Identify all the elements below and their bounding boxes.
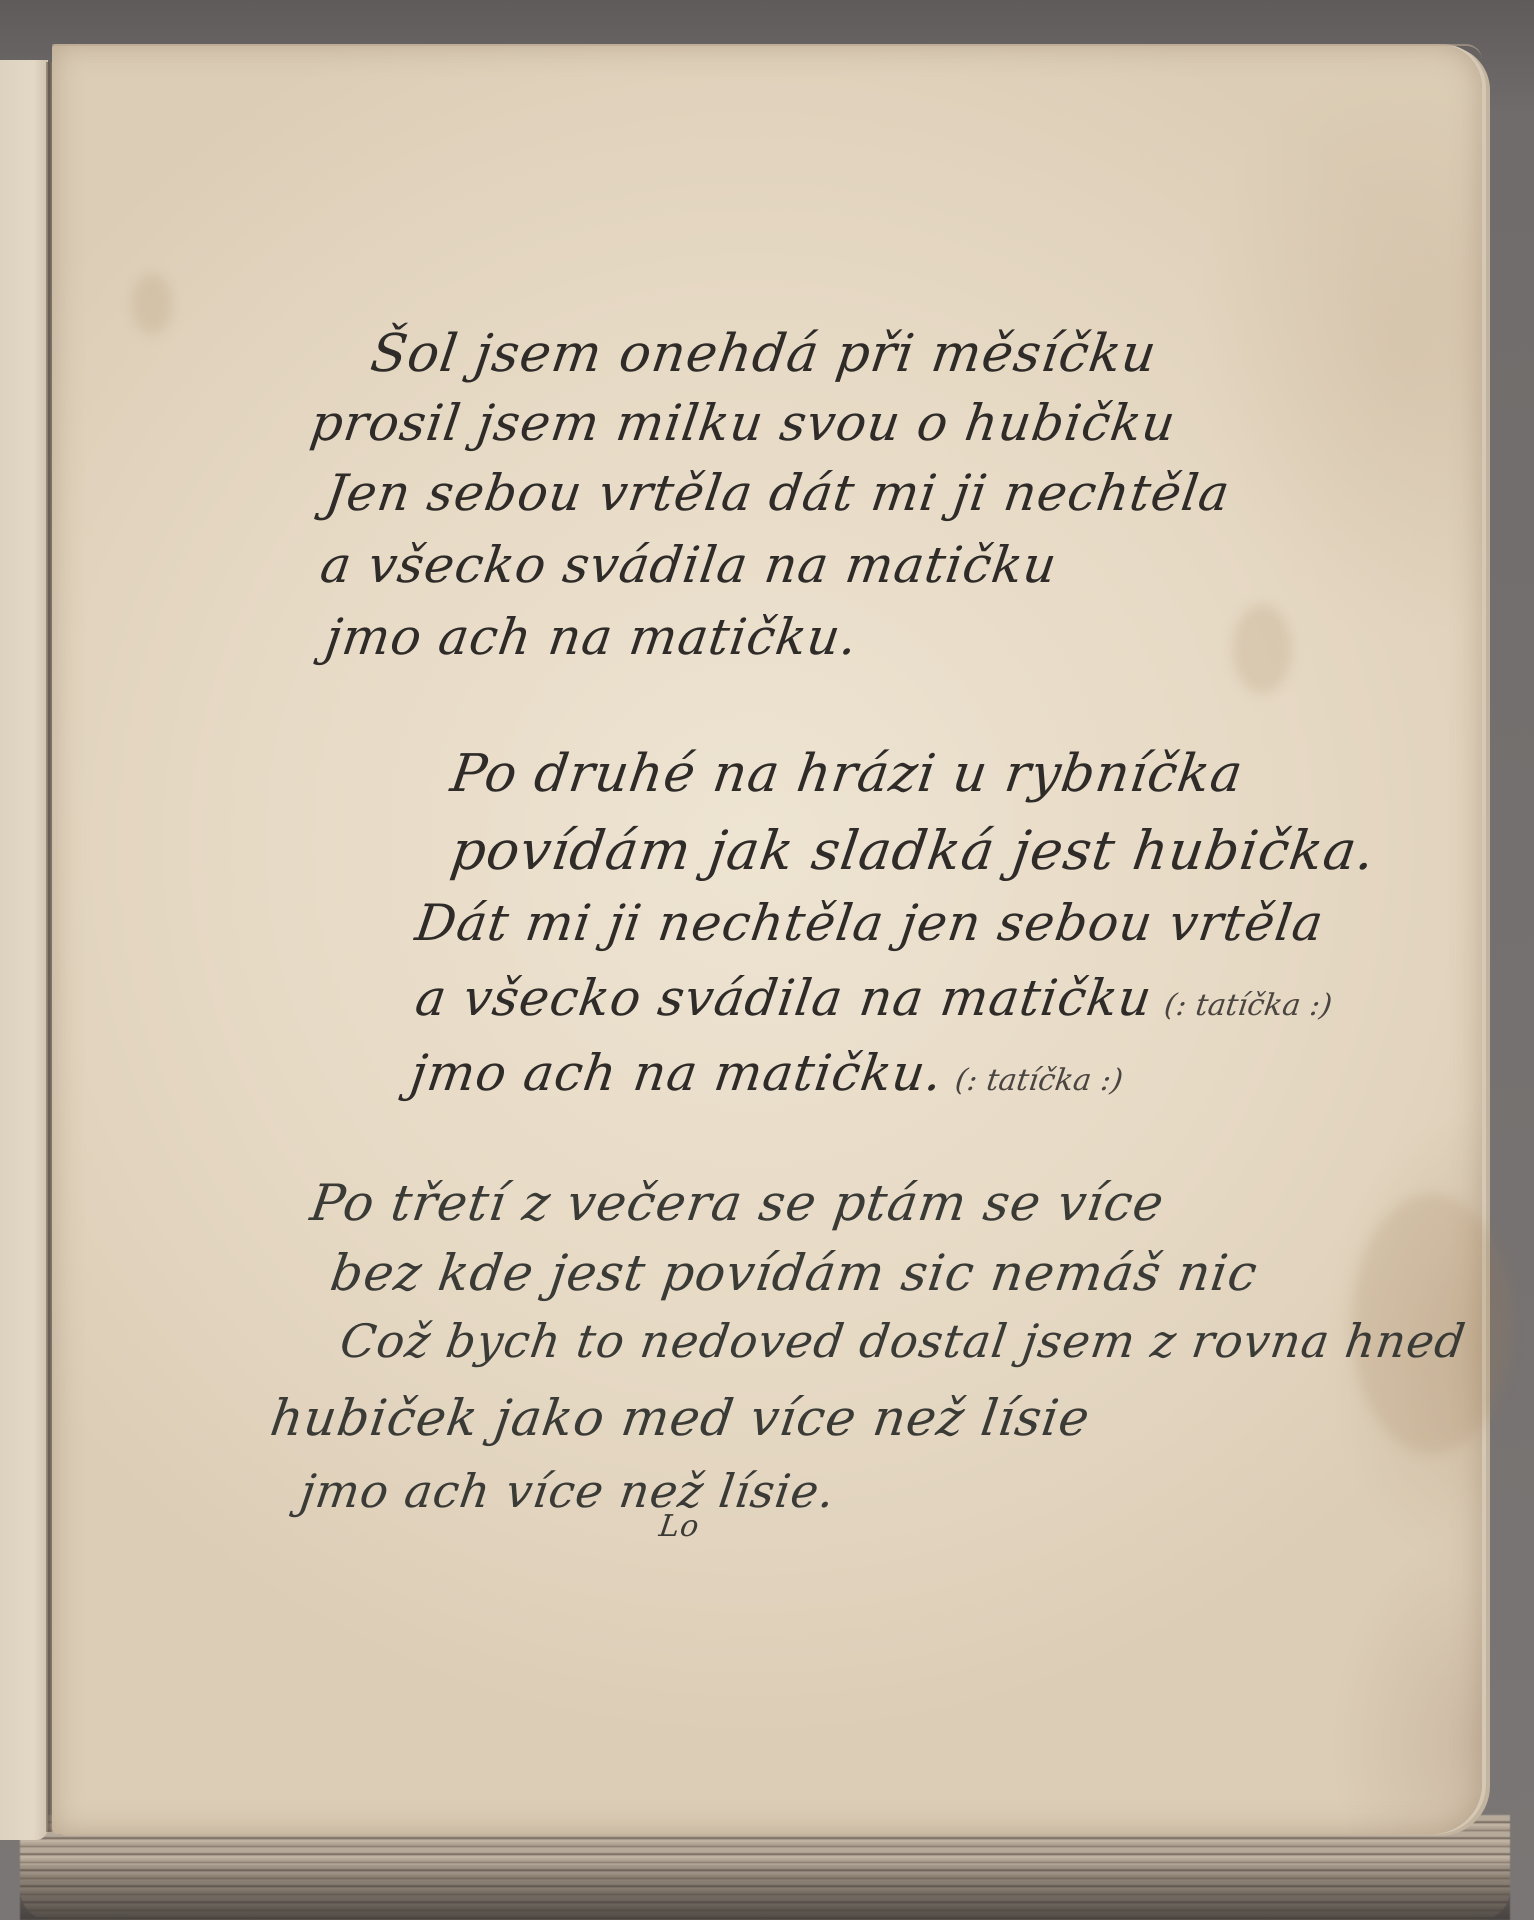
adjacent-left-page xyxy=(0,60,48,1840)
stanza-line: prosil jsem milku svou o hubičku xyxy=(307,394,1180,452)
stanza-line: jmo ach na matičku. xyxy=(322,608,862,666)
stanza-line: a všecko svádila na matičku xyxy=(317,536,1061,594)
stanza-line: a všecko svádila na matičku(: tatíčka :) xyxy=(412,969,1337,1027)
stanza-line: Šol jsem onehdá při měsíčku xyxy=(367,324,1161,384)
stanza-line: Což bych to nedoved dostal jsem z rovna … xyxy=(337,1314,1469,1368)
stanza-line: bez kde jest povídám sic nemáš nic xyxy=(327,1244,1261,1302)
stanza-line: hubiček jako med více než lísie xyxy=(267,1389,1094,1447)
stanza-line: Po třetí z večera se ptám se více xyxy=(307,1174,1168,1232)
handwritten-page: Šol jsem onehdá při měsíčku prosil jsem … xyxy=(52,44,1482,1834)
stanza-line: Po druhé na hrázi u rybníčka xyxy=(447,744,1247,804)
lyric-text: a všecko svádila na matičku xyxy=(412,969,1156,1027)
song-text: Šol jsem onehdá při měsíčku prosil jsem … xyxy=(52,44,1482,1834)
stanza-line: jmo ach na matičku.(: tatíčka :) xyxy=(407,1044,1128,1102)
stanza-line: Jen sebou vrtěla dát mi ji nechtěla xyxy=(322,464,1234,522)
scanned-book-spread: Šol jsem onehdá při měsíčku prosil jsem … xyxy=(0,0,1534,1920)
stanza-line: povídám jak sladká jest hubička. xyxy=(447,819,1379,882)
variant-note: (: tatíčka :) xyxy=(1162,988,1334,1023)
marginal-mark: Lo xyxy=(657,1509,702,1544)
variant-note: (: tatíčka :) xyxy=(953,1063,1125,1098)
lyric-text: jmo ach na matičku. xyxy=(407,1044,947,1102)
stanza-line: Dát mi ji nechtěla jen sebou vrtěla xyxy=(412,894,1327,952)
stanza-line: jmo ach více než lísie. xyxy=(297,1464,839,1518)
